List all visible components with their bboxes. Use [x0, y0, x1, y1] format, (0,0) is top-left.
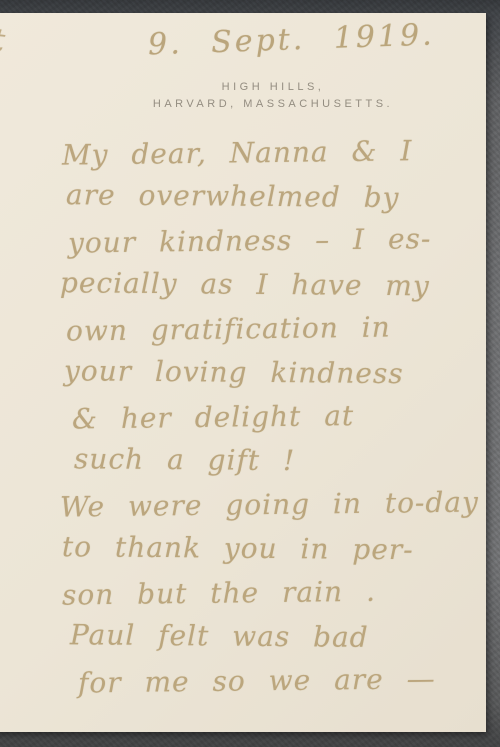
letterhead: HIGH HILLS, HARVARD, MASSACHUSETTS.	[142, 79, 404, 113]
handwriting-line: son but the rain .	[62, 568, 483, 617]
handwriting-line: for me so we are —	[78, 657, 483, 706]
handwriting-line: are overwhelmed by	[66, 173, 482, 221]
photo-background: t 9. Sept. 1919. HIGH HILLS, HARVARD, MA…	[0, 0, 500, 747]
handwriting-line: Paul felt was bad	[70, 613, 482, 661]
handwriting-line: your kindness – I es-	[68, 216, 483, 265]
letter-paper: t 9. Sept. 1919. HIGH HILLS, HARVARD, MA…	[0, 13, 486, 732]
letterhead-line1: HIGH HILLS,	[142, 79, 404, 96]
handwritten-date: 9. Sept. 1919.	[147, 17, 458, 63]
handwriting-line: such a gift !	[74, 437, 482, 485]
corner-pen-mark: t	[0, 20, 7, 59]
handwriting-line: & her delight at	[72, 392, 483, 441]
handwriting-line: My dear, Nanna & I	[62, 128, 483, 177]
letterhead-line2: HARVARD, MASSACHUSETTS.	[142, 96, 404, 113]
handwriting-line: your loving kindness	[64, 349, 482, 397]
handwriting-line: own gratification in	[66, 304, 483, 353]
handwriting-line: to thank you in per-	[62, 525, 482, 573]
handwriting-line: We were going in to-day	[60, 480, 483, 529]
handwriting-line: pecially as I have my	[60, 261, 482, 309]
letter-body: My dear, Nanna & I are overwhelmed by yo…	[62, 131, 482, 703]
